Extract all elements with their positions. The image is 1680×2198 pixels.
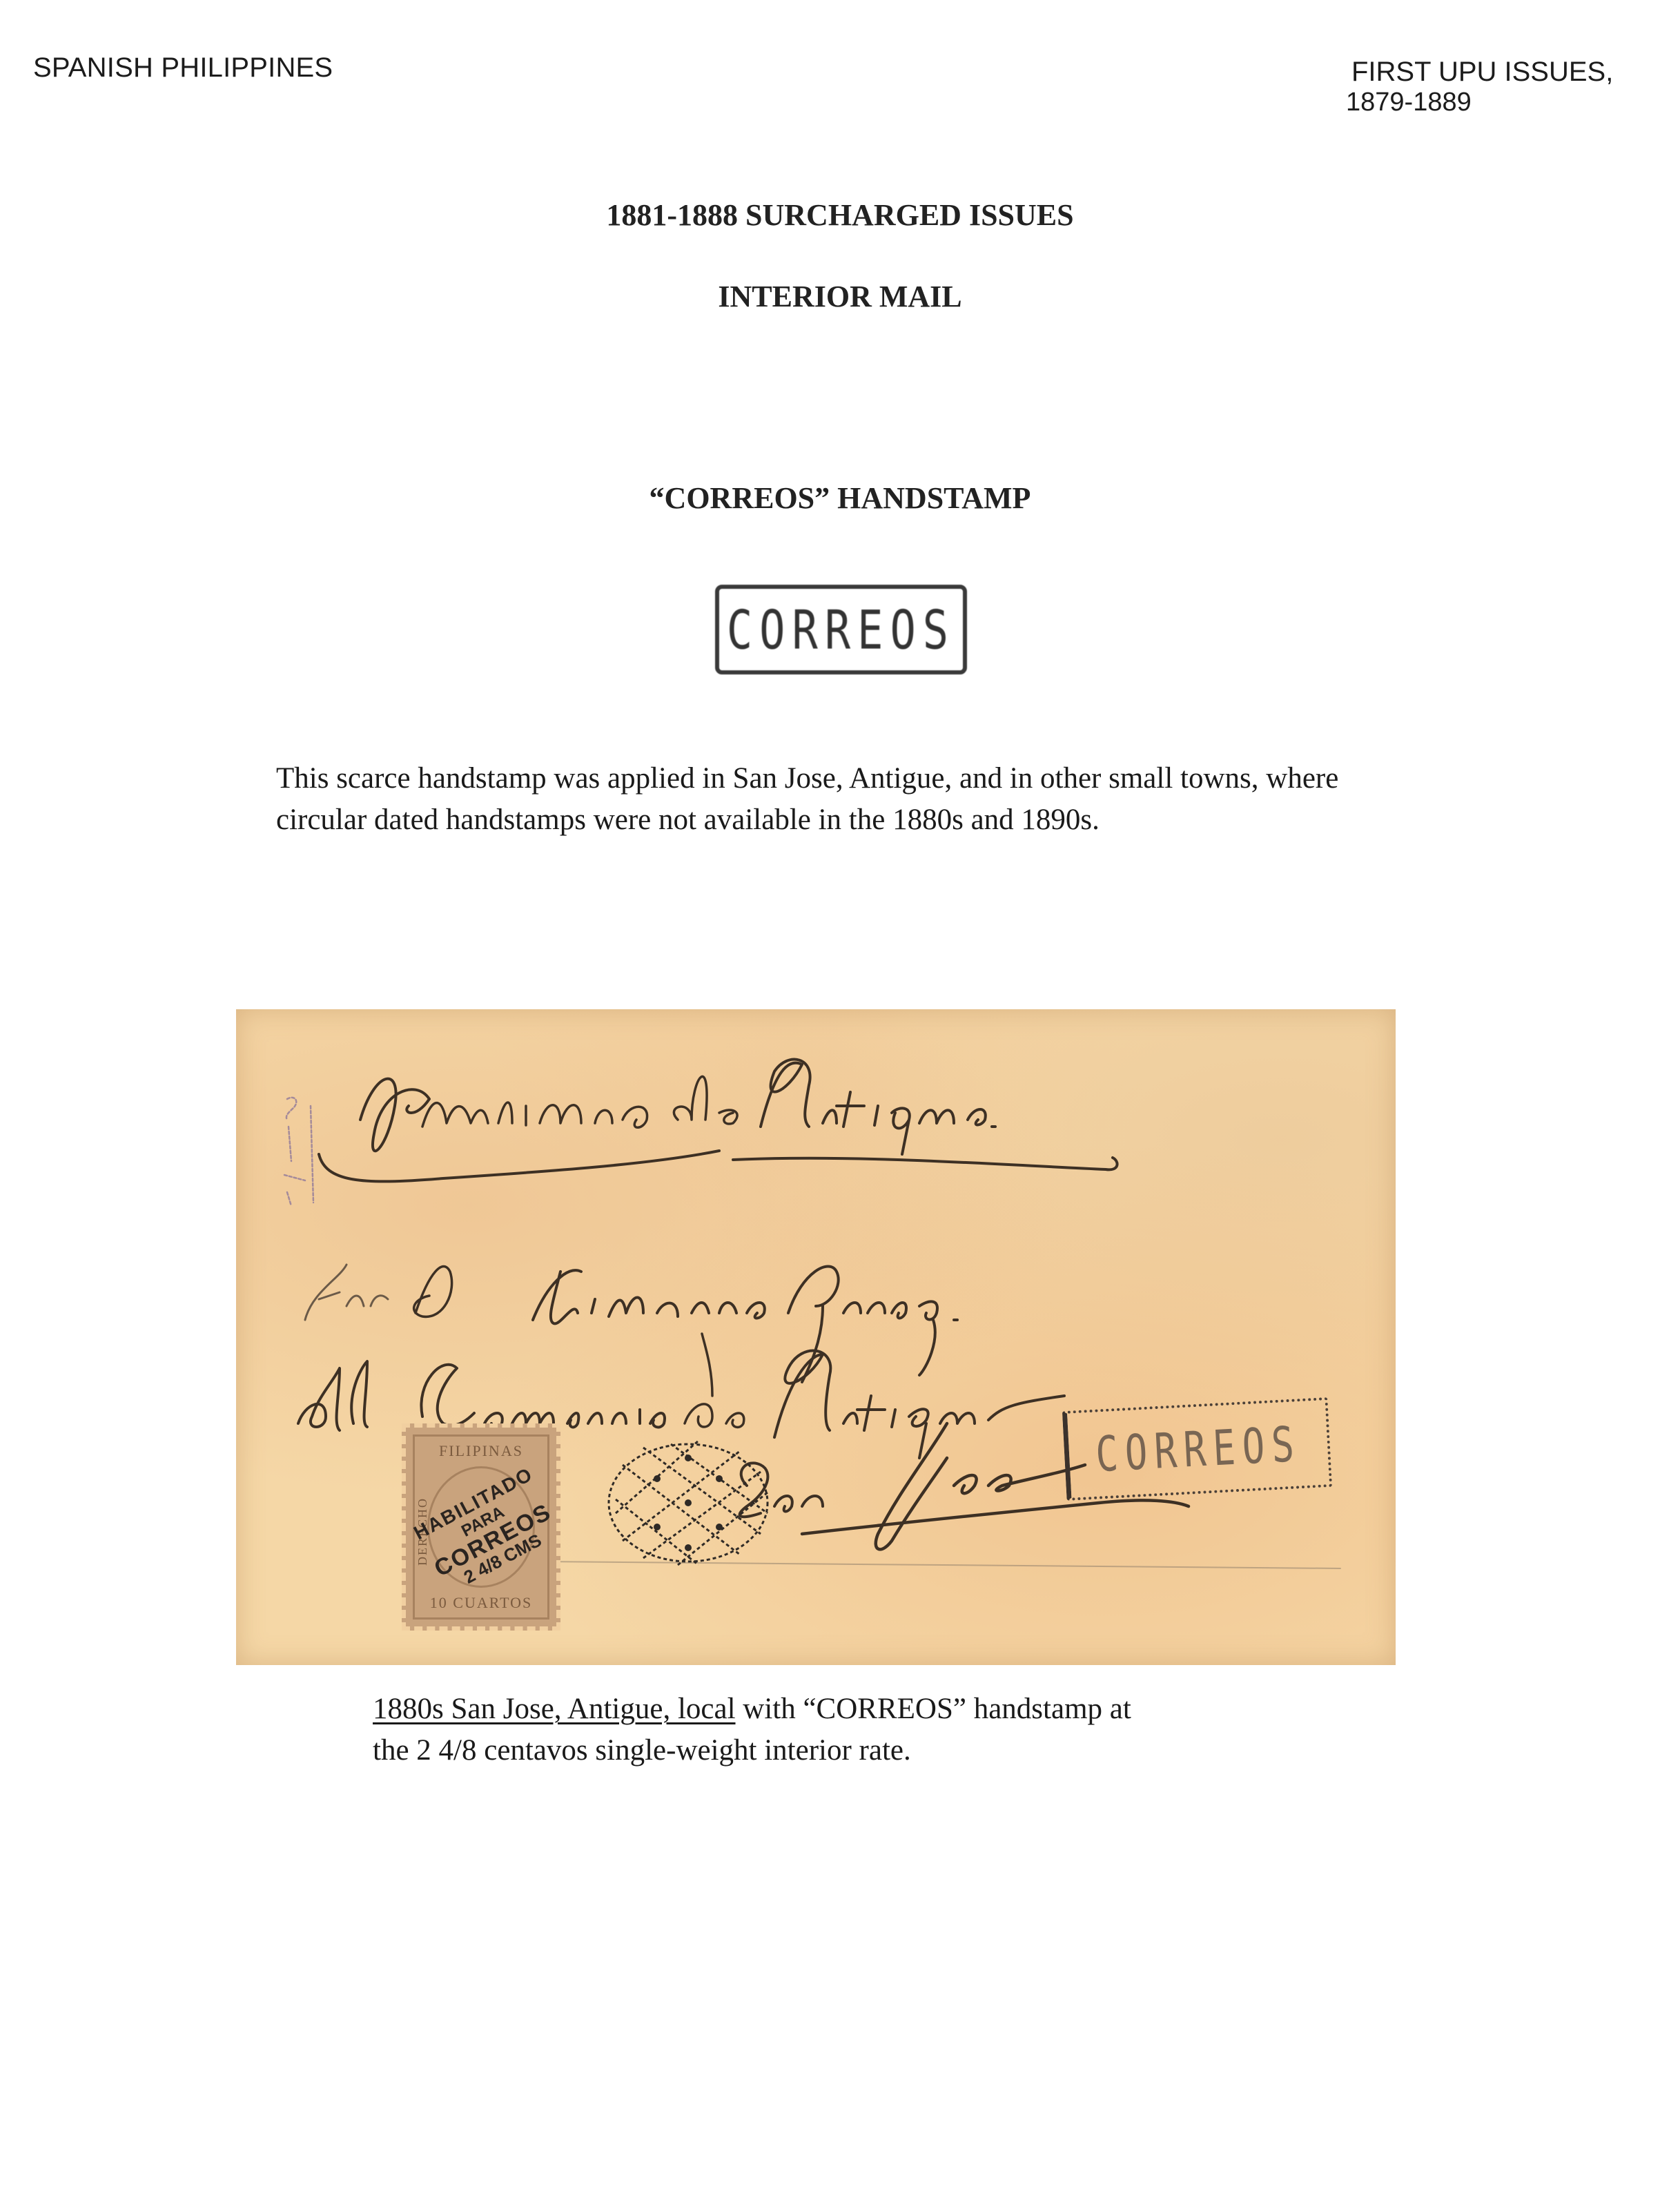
header-right-line2: 1879-1889 xyxy=(1346,87,1613,117)
header-right-line1: FIRST UPU ISSUES, xyxy=(1351,57,1613,87)
handstamp-illustration: CORREOS xyxy=(715,585,967,674)
header-right-title: FIRST UPU ISSUES, 1879-1889 xyxy=(1351,57,1613,117)
cover-caption: 1880s San Jose, Antigue, local with “COR… xyxy=(373,1689,1339,1771)
section-title: 1881-1888 SURCHARGED ISSUES xyxy=(0,197,1680,233)
oval-grid-cancel-icon xyxy=(602,1437,774,1568)
pencil-notation-icon xyxy=(277,1092,319,1209)
caption-rest: with “CORREOS” handstamp at xyxy=(736,1693,1131,1725)
topic-title: “CORREOS” HANDSTAMP xyxy=(0,480,1680,516)
cover-handstamp-text: CORREOS xyxy=(1094,1415,1302,1482)
postage-stamp: FILIPINAS 10 CUARTOS DERECHO HABILITADO … xyxy=(402,1423,560,1631)
subsection-title: INTERIOR MAIL xyxy=(0,279,1680,314)
header-left-title: SPANISH PHILIPPINES xyxy=(33,52,333,84)
cover-correos-handstamp: CORREOS xyxy=(1062,1397,1332,1501)
caption-line2: the 2 4/8 centavos single-weight interio… xyxy=(373,1734,911,1767)
handstamp-illustration-text: CORREOS xyxy=(727,598,955,661)
stamp-top-text: FILIPINAS xyxy=(439,1442,523,1460)
caption-underlined: 1880s San Jose, Antigue, local xyxy=(373,1693,736,1725)
description-paragraph: This scarce handstamp was applied in San… xyxy=(276,758,1353,841)
postal-cover: FILIPINAS 10 CUARTOS DERECHO HABILITADO … xyxy=(236,1009,1396,1665)
